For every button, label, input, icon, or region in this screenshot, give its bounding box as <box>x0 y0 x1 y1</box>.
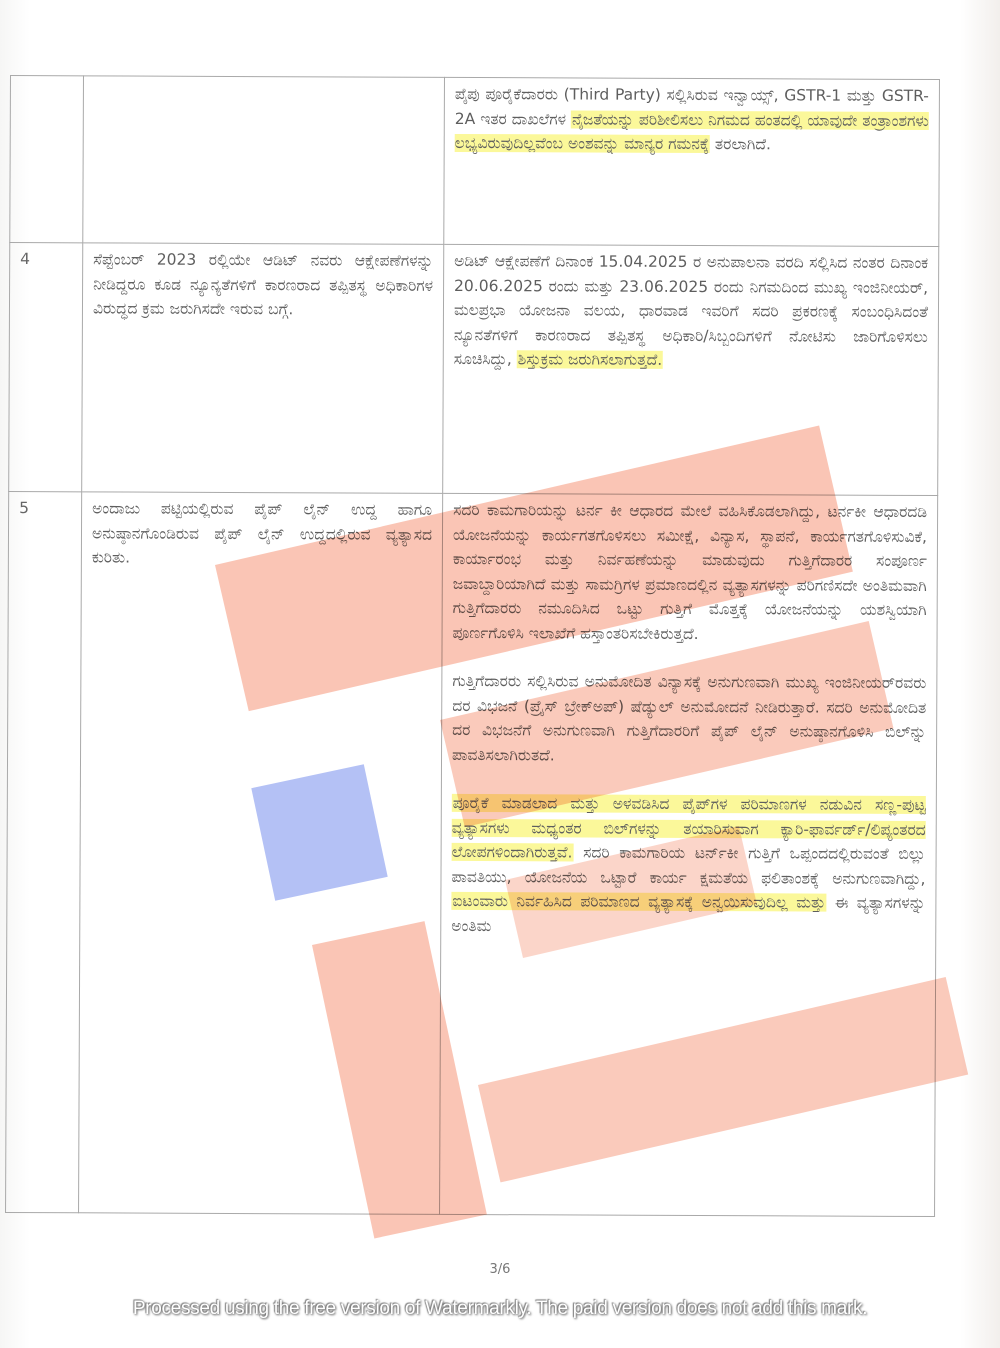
audit-observation: ಸೆಪ್ಟೆಂಬರ್ 2023 ರಲ್ಲಿಯೇ ಆಡಿಟ್ ನವರು ಆಕ್ಷೇ… <box>82 243 444 494</box>
audit-observation: ಅಂದಾಜು ಪಟ್ಟಿಯಲ್ಲಿರುವ ಪೈಪ್ ಲೈನ್ ಉದ್ದ ಹಾಗೂ… <box>79 492 443 1215</box>
watermark-notice: Processed using the free version of Wate… <box>0 1298 1000 1320</box>
document-page: ಪೈಪು ಪೂರೈಕೆದಾರರು (Third Party) ಸಲ್ಲಿಸಿರು… <box>0 0 1000 1348</box>
response-text: ಸದರಿ ಕಾಮಗಾರಿಯನ್ನು ಟರ್ನ ಕೀ ಆಧಾರದ ಮೇಲೆ ವಹಿ… <box>453 501 928 643</box>
compliance-response: ಪೈಪು ಪೂರೈಕೆದಾರರು (Third Party) ಸಲ್ಲಿಸಿರು… <box>444 77 940 246</box>
compliance-response: ಸದರಿ ಕಾಮಗಾರಿಯನ್ನು ಟರ್ನ ಕೀ ಆಧಾರದ ಮೇಲೆ ವಹಿ… <box>440 493 938 1216</box>
response-paragraph: ಗುತ್ತಿಗೆದಾರರು ಸಲ್ಲಿಸಿರುವ ಅನುಮೋದಿತ ವಿನ್ಯಾ… <box>452 669 926 769</box>
row-number: 4 <box>9 243 83 492</box>
row-number: 5 <box>6 491 82 1212</box>
response-text: ಗುತ್ತಿಗೆದಾರರು ಸಲ್ಲಿಸಿರುವ ಅನುಮೋದಿತ ವಿನ್ಯಾ… <box>452 672 926 764</box>
highlighted-text: ಐಟಂವಾರು ನಿರ್ವಹಿಸಿದ ಪರಿಮಾಣದ ವ್ಯತ್ಯಾಸಕ್ಕೆ … <box>451 892 826 912</box>
response-paragraph: ಪೂರೈಕೆ ಮಾಡಲಾದ ಮತ್ತು ಅಳವಡಿಸಿದ ಪೈಪ್‌ಗಳ ಪರಿ… <box>451 791 926 940</box>
response-text: ತರಲಾಗಿದೆ. <box>710 135 771 153</box>
table-row: ಪೈಪು ಪೂರೈಕೆದಾರರು (Third Party) ಸಲ್ಲಿಸಿರು… <box>10 76 940 247</box>
compliance-response: ಅಡಿಟ್ ಆಕ್ಷೇಪಣೆಗೆ ದಿನಾಂಕ 15.04.2025 ರ ಅನು… <box>443 244 939 495</box>
table-row: 5 ಅಂದಾಜು ಪಟ್ಟಿಯಲ್ಲಿರುವ ಪೈಪ್ ಲೈನ್ ಉದ್ದ ಹಾ… <box>6 491 938 1216</box>
page-number: 3/6 <box>0 1262 1000 1277</box>
audit-observation <box>83 76 445 245</box>
table-row: 4 ಸೆಪ್ಟೆಂಬರ್ 2023 ರಲ್ಲಿಯೇ ಆಡಿಟ್ ನವರು ಆಕ್… <box>9 243 939 496</box>
highlighted-text: ಶಿಸ್ತುಕ್ರಮ ಜರುಗಿಸಲಾಗುತ್ತದೆ. <box>517 350 664 369</box>
audit-response-table: ಪೈಪು ಪೂರೈಕೆದಾರರು (Third Party) ಸಲ್ಲಿಸಿರು… <box>5 75 940 1217</box>
row-number <box>10 76 84 243</box>
response-paragraph: ಸದರಿ ಕಾಮಗಾರಿಯನ್ನು ಟರ್ನ ಕೀ ಆಧಾರದ ಮೇಲೆ ವಹಿ… <box>453 498 928 647</box>
